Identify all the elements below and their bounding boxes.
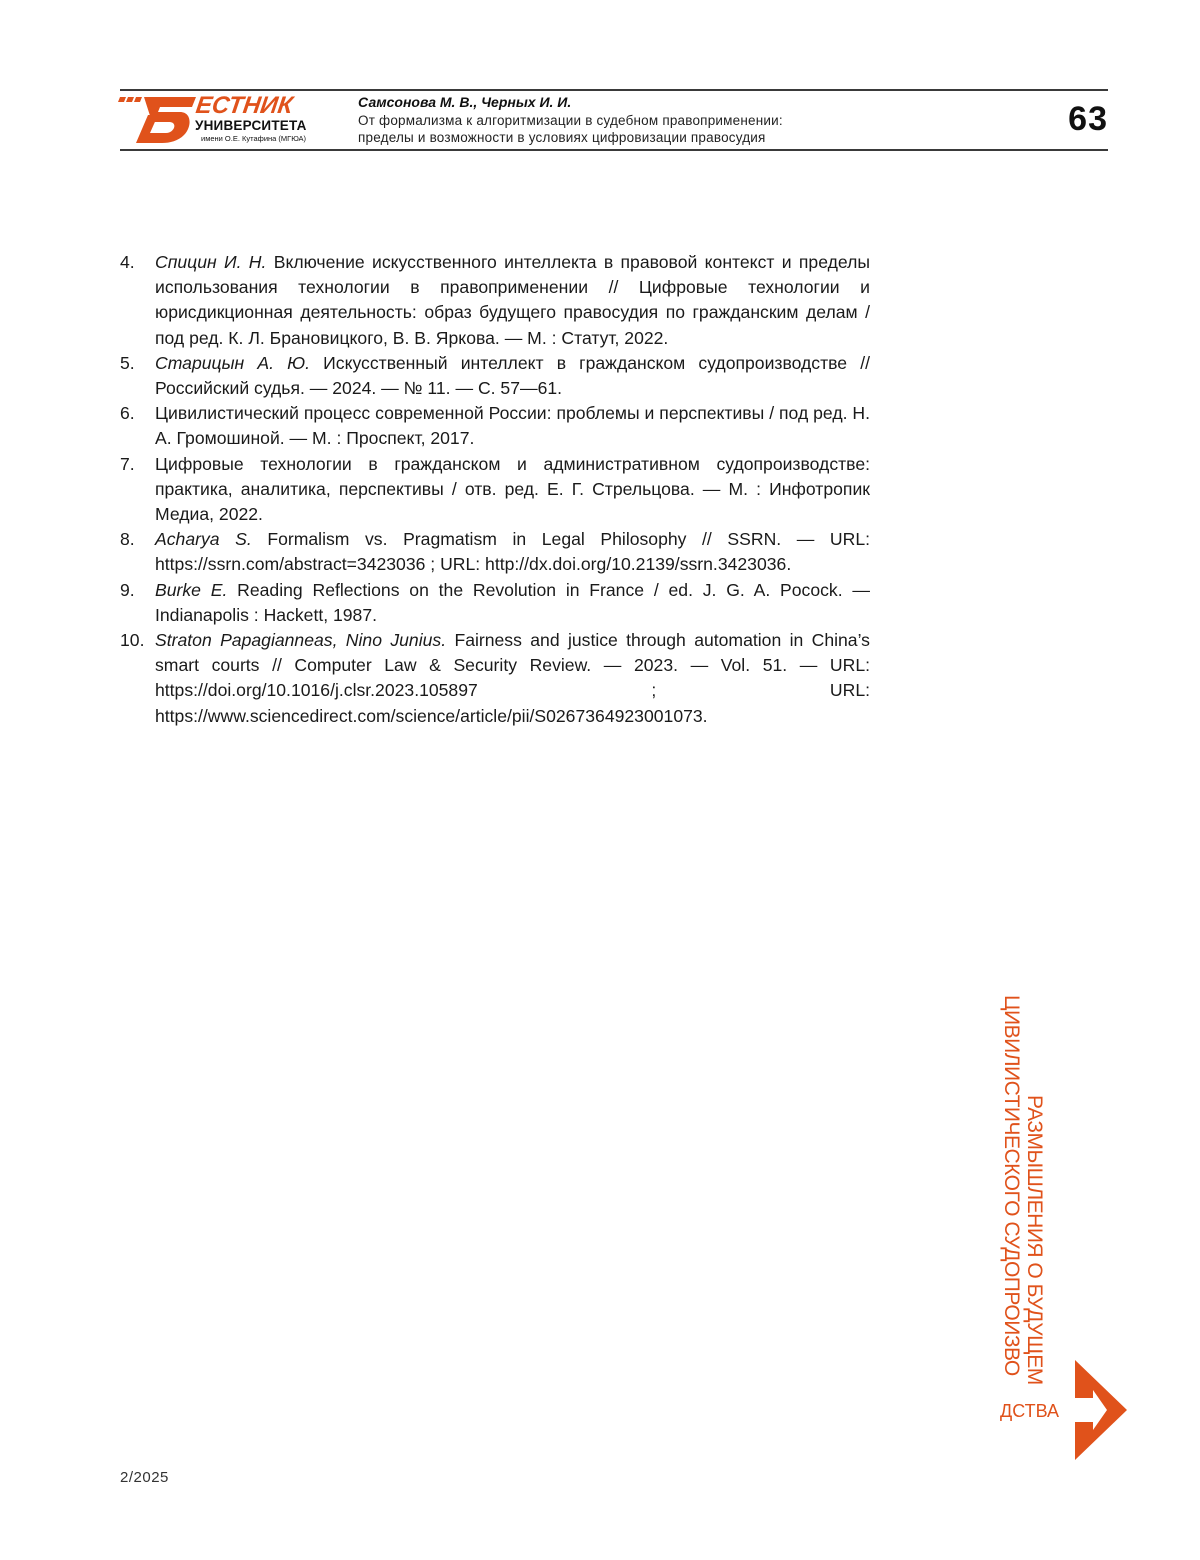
reference-author: Старицын А. Ю. <box>155 353 310 373</box>
reference-item: 7.Цифровые технологии в гражданском и ад… <box>120 452 870 528</box>
reference-author: Acharya S. <box>155 529 252 549</box>
side-banner-line2-end: ДСТВА <box>1000 1401 1059 1422</box>
header-bottom-rule <box>120 149 1108 151</box>
reference-author: Burke E. <box>155 580 227 600</box>
reference-list: 4.Спицин И. Н. Включение искусственного … <box>120 250 870 729</box>
reference-author: Спицин И. Н. <box>155 252 266 272</box>
running-header-title-line1: От формализма к алгоритмизации в судебно… <box>358 112 783 129</box>
reference-item: 9.Burke E. Reading Reflections on the Re… <box>120 578 870 628</box>
reference-item: 4.Спицин И. Н. Включение искусственного … <box>120 250 870 351</box>
reference-text: Reading Reflections on the Revolution in… <box>155 580 870 625</box>
running-header-authors: Самсонова М. В., Черных И. И. <box>358 94 571 111</box>
running-header-title-line2: пределы и возможности в условиях цифрови… <box>358 129 766 146</box>
reference-text: Цифровые технологии в гражданском и адми… <box>155 454 870 524</box>
reference-item: 6.Цивилистический процесс современной Ро… <box>120 401 870 451</box>
reference-item: 8.Acharya S. Formalism vs. Pragmatism in… <box>120 527 870 577</box>
logo-word: ЕСТНИК <box>194 94 294 118</box>
journal-logo: ЕСТНИК УНИВЕРСИТЕТА имени О.Е. Кутафина … <box>118 93 323 148</box>
arrow-right-icon <box>1075 1360 1131 1465</box>
reference-text: Цивилистический процесс современной Росс… <box>155 403 870 448</box>
reference-number: 9. <box>120 578 151 603</box>
side-banner-line1: РАЗМЫШЛЕНИЯ О БУДУЩЕМ <box>1023 1095 1045 1385</box>
logo-b-mark-icon <box>118 93 198 148</box>
logo-subtitle: имени О.Е. Кутафина (МГЮА) <box>201 134 306 143</box>
logo-university: УНИВЕРСИТЕТА <box>195 119 307 133</box>
reference-item: 10.Straton Papagianneas, Nino Junius. Fa… <box>120 628 870 729</box>
reference-text: Formalism vs. Pragmatism in Legal Philos… <box>155 529 870 574</box>
page-number: 63 <box>1068 99 1108 139</box>
reference-number: 8. <box>120 527 151 552</box>
reference-number: 5. <box>120 351 151 376</box>
reference-author: Straton Papagianneas, Nino Junius. <box>155 630 446 650</box>
reference-number: 10. <box>120 628 151 653</box>
side-banner-line2: ЦИВИЛИСТИЧЕСКОГО СУДОПРОИЗВО <box>1000 995 1022 1376</box>
reference-number: 7. <box>120 452 151 477</box>
reference-number: 6. <box>120 401 151 426</box>
header-top-rule <box>120 89 1108 91</box>
reference-number: 4. <box>120 250 151 275</box>
reference-item: 5.Старицын А. Ю. Искусственный интеллект… <box>120 351 870 401</box>
issue-number: 2/2025 <box>120 1469 169 1486</box>
